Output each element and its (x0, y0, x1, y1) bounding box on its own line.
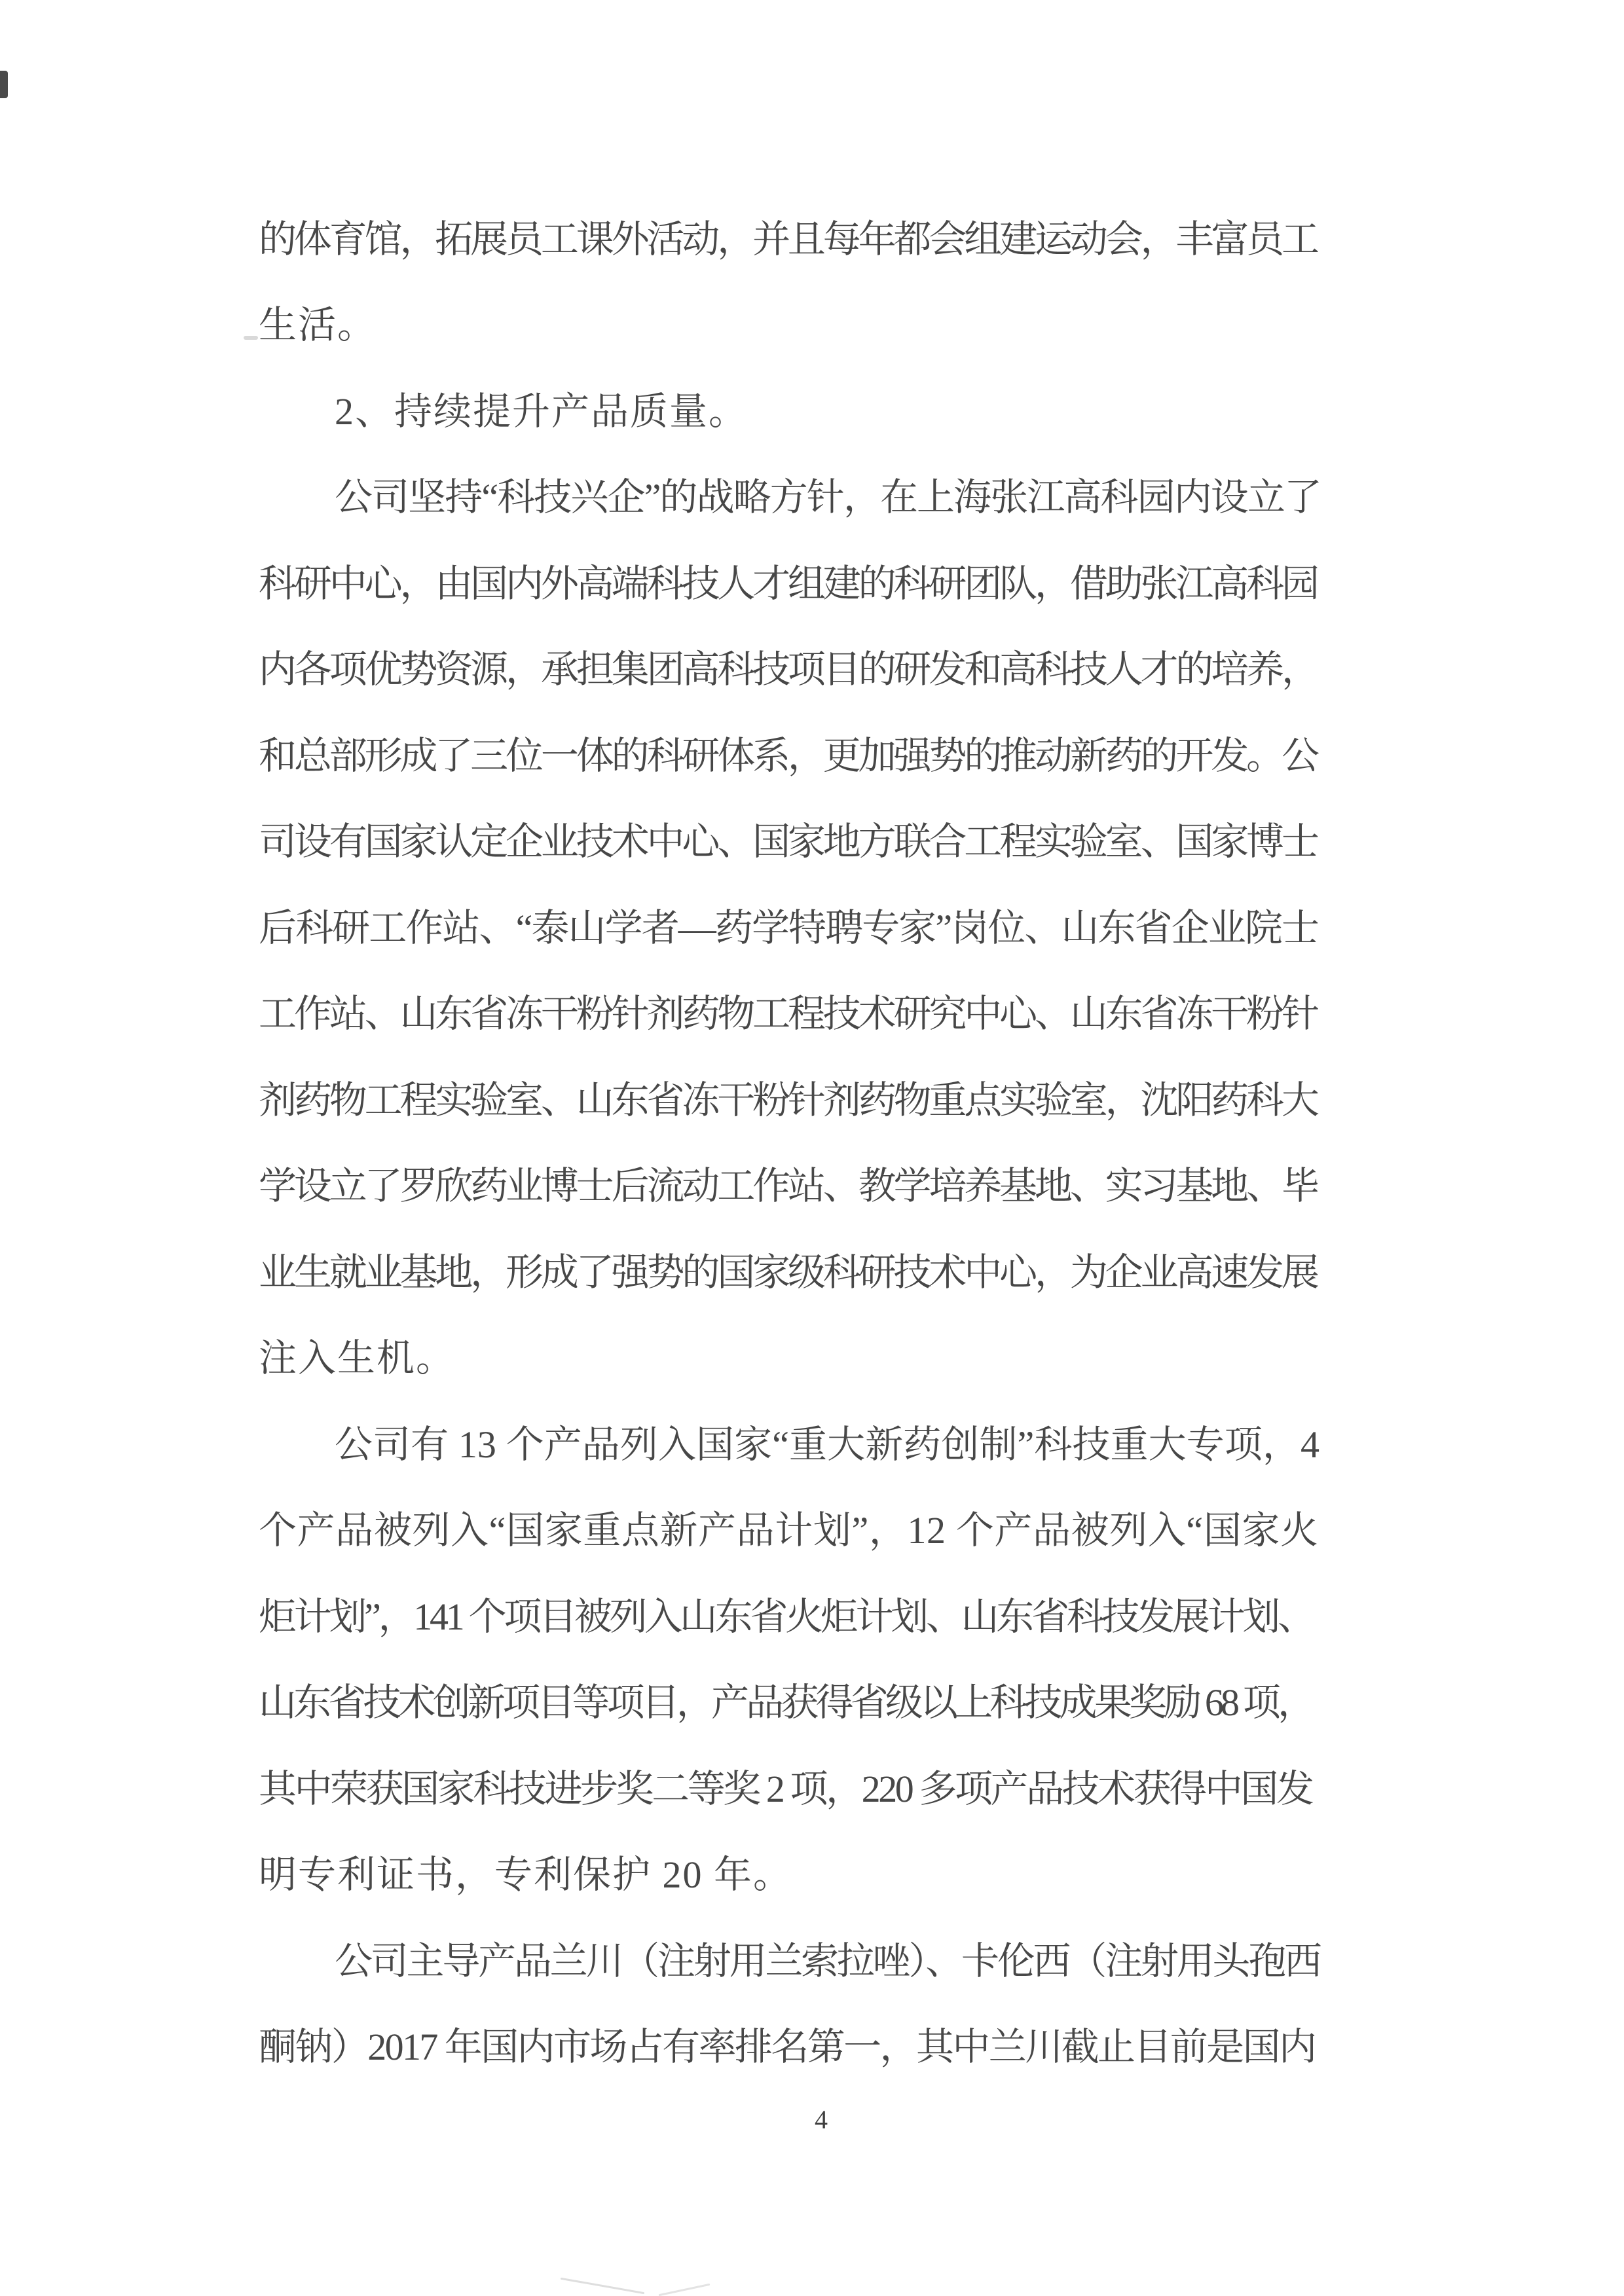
text-line: 的体育馆，拓展员工课外活动，并且每年都会组建运动会，丰富员工 (259, 192, 1359, 279)
text-line: 后科研工作站、“泰山学者—药学特聘专家”岗位、山东省企业院士 (259, 881, 1359, 968)
text-line: 山东省技术创新项目等项目，产品获得省级以上科技成果奖励 68 项， (259, 1656, 1359, 1743)
text-line: 和总部形成了三位一体的科研体系，更加强势的推动新药的开发。公 (259, 709, 1359, 795)
text-line: 明专利证书，专利保护 20 年。 (259, 1829, 1359, 1915)
scan-speck-left-edge (0, 71, 8, 98)
text-line: 公司坚持“科技兴企”的战略方针，在上海张江高科园内设立了 (259, 451, 1359, 538)
text-block: 的体育馆，拓展员工课外活动，并且每年都会组建运动会，丰富员工生活。2、持续提升产… (259, 192, 1359, 2086)
text-line: 公司有 13 个产品列入国家“重大新药创制”科技重大专项，4 (259, 1398, 1359, 1484)
text-line: 学设立了罗欣药业博士后流动工作站、教学培养基地、实习基地、毕 (259, 1140, 1359, 1226)
text-line: 生活。 (259, 279, 1359, 365)
text-line: 科研中心，由国内外高端科技人才组建的科研团队，借助张江高科园 (259, 537, 1359, 623)
scan-smudge (561, 2278, 645, 2295)
text-line: 内各项优势资源，承担集团高科技项目的研发和高科技人才的培养， (259, 623, 1359, 710)
text-line: 工作站、山东省冻干粉针剂药物工程技术研究中心、山东省冻干粉针 (259, 968, 1359, 1054)
text-line: 其中荣获国家科技进步奖二等奖 2 项，220 多项产品技术获得中国发 (259, 1742, 1359, 1829)
text-line: 注入生机。 (259, 1312, 1359, 1398)
scan-speck-dash (244, 336, 258, 340)
scan-smudge (659, 2284, 710, 2296)
text-line: 剂药物工程实验室、山东省冻干粉针剂药物重点实验室，沈阳药科大 (259, 1053, 1359, 1140)
text-line: 公司主导产品兰川（注射用兰索拉唑）、卡伦西（注射用头孢西 (259, 1914, 1359, 2001)
text-line: 2、持续提升产品质量。 (259, 365, 1359, 451)
text-line: 酮钠）2017 年国内市场占有率排名第一，其中兰川截止目前是国内 (259, 2001, 1359, 2087)
text-line: 业生就业基地，形成了强势的国家级科研技术中心，为企业高速发展 (259, 1226, 1359, 1312)
document-page: 的体育馆，拓展员工课外活动，并且每年都会组建运动会，丰富员工生活。2、持续提升产… (0, 0, 1624, 2296)
text-line: 炬计划”，141 个项目被列入山东省火炬计划、山东省科技发展计划、 (259, 1570, 1359, 1656)
text-line: 个产品被列入“国家重点新产品计划”，12 个产品被列入“国家火 (259, 1484, 1359, 1571)
text-line: 司设有国家认定企业技术中心、国家地方联合工程实验室、国家博士 (259, 795, 1359, 882)
page-number: 4 (9, 2105, 1624, 2134)
